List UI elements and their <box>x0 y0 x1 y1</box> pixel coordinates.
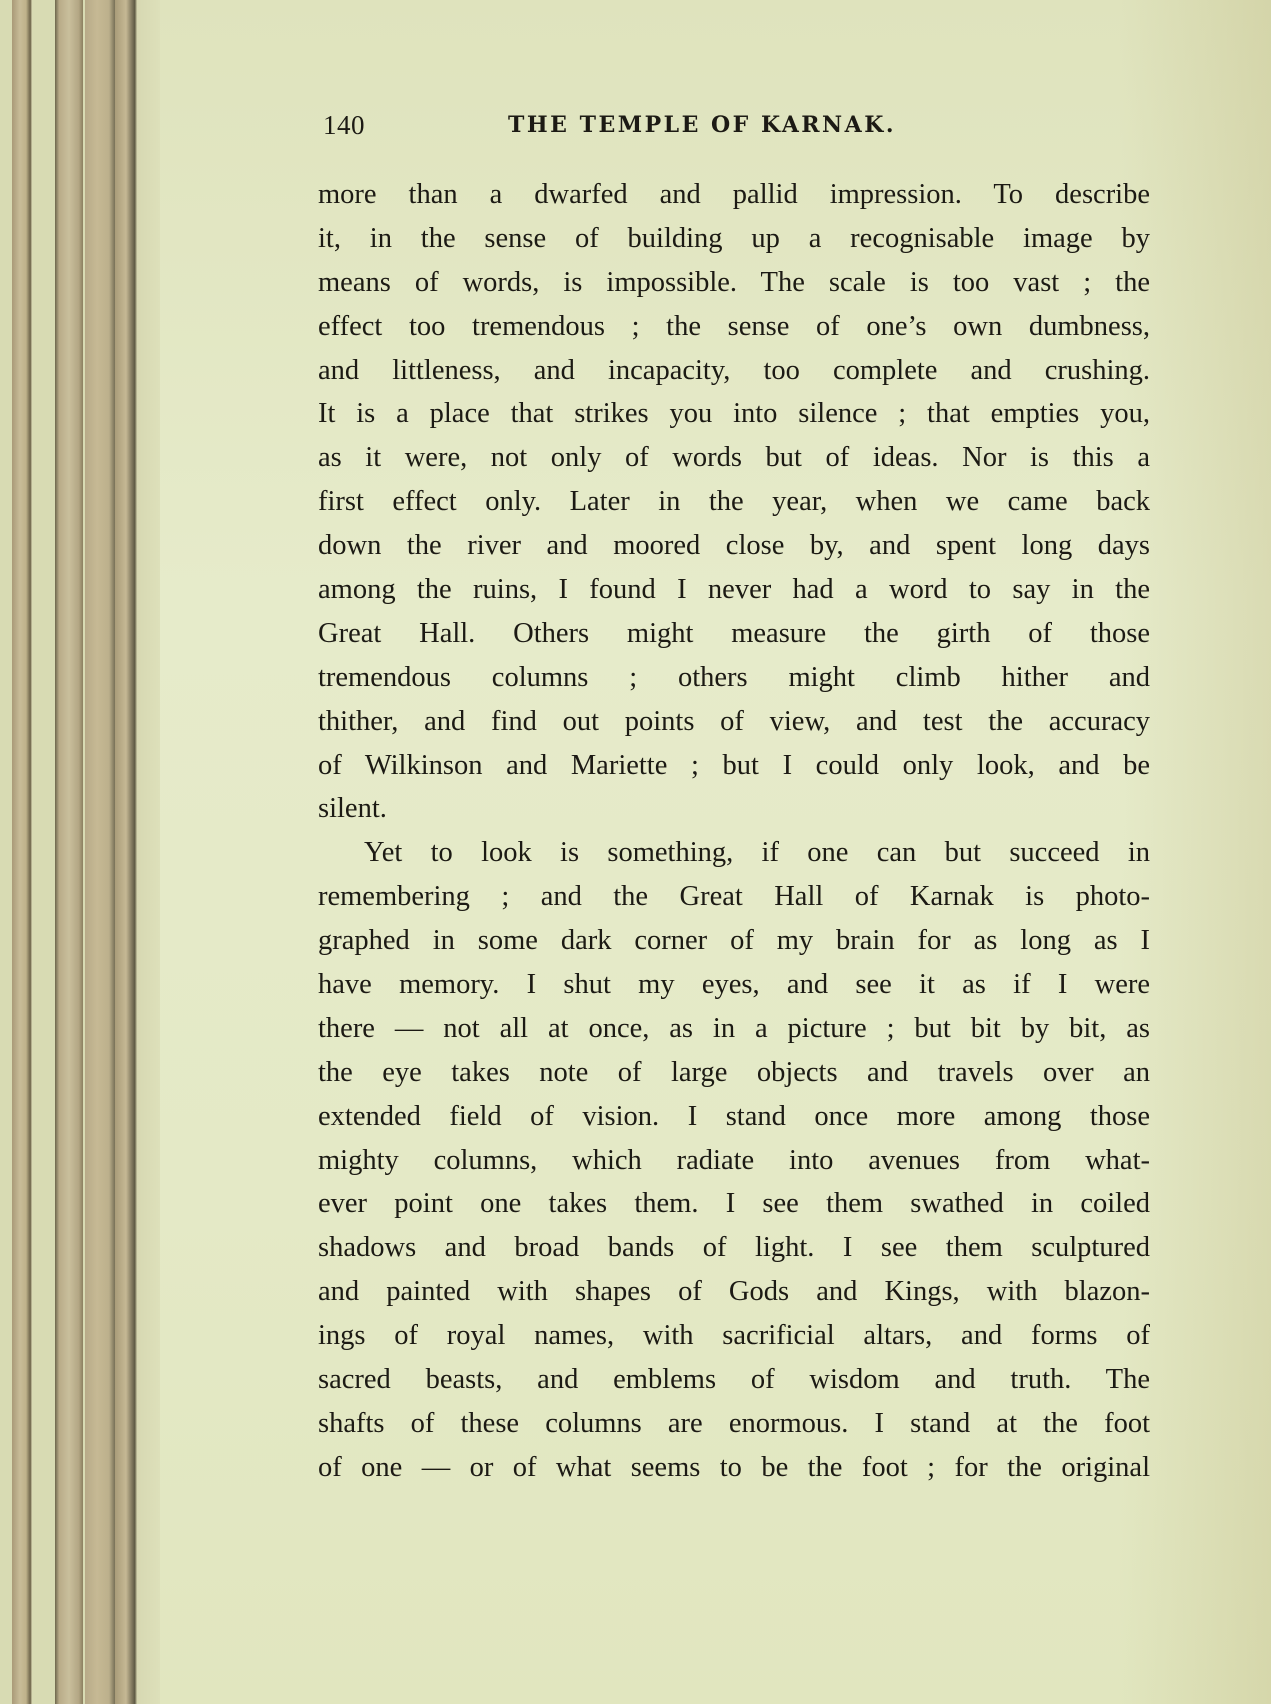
page-edge-strip <box>85 0 115 1704</box>
text-line: Yet to look is something, if one can but… <box>318 831 1150 875</box>
text-line: graphed in some dark corner of my brain … <box>318 919 1150 963</box>
text-line: more than a dwarfed and pallid impressio… <box>318 173 1150 217</box>
text-line: mighty columns, which radiate into avenu… <box>318 1139 1150 1183</box>
text-line: the eye takes note of large objects and … <box>318 1051 1150 1095</box>
text-line: It is a place that strikes you into sile… <box>318 392 1150 436</box>
text-line: shadows and broad bands of light. I see … <box>318 1226 1150 1270</box>
text-line: effect too tremendous ; the sense of one… <box>318 305 1150 349</box>
text-line: ings of royal names, with sacrificial al… <box>318 1314 1150 1358</box>
text-line: first effect only. Later in the year, wh… <box>318 480 1150 524</box>
text-line: it, in the sense of building up a recogn… <box>318 217 1150 261</box>
text-line: ever point one takes them. I see them sw… <box>318 1182 1150 1226</box>
text-line: thither, and find out points of view, an… <box>318 700 1150 744</box>
text-line: there — not all at once, as in a picture… <box>318 1007 1150 1051</box>
text-line: Great Hall. Others might measure the gir… <box>318 612 1150 656</box>
running-header: 140 THE TEMPLE OF KARNAK. <box>323 110 963 150</box>
text-line: of one — or of what seems to be the foot… <box>318 1446 1150 1490</box>
page-edge-strip <box>137 0 160 1704</box>
running-title: THE TEMPLE OF KARNAK. <box>508 112 896 138</box>
book-page: 140 THE TEMPLE OF KARNAK. more than a dw… <box>0 0 1271 1704</box>
text-line: silent. <box>318 787 1150 831</box>
text-line: extended field of vision. I stand once m… <box>318 1095 1150 1139</box>
text-line: means of words, is impossible. The scale… <box>318 261 1150 305</box>
page-number: 140 <box>323 110 365 141</box>
page-stack-edge <box>0 0 160 1704</box>
text-line: have memory. I shut my eyes, and see it … <box>318 963 1150 1007</box>
page-edge-strip <box>12 0 32 1704</box>
text-line: among the ruins, I found I never had a w… <box>318 568 1150 612</box>
text-line: remembering ; and the Great Hall of Karn… <box>318 875 1150 919</box>
text-line: sacred beasts, and emblems of wisdom and… <box>318 1358 1150 1402</box>
text-line: down the river and moored close by, and … <box>318 524 1150 568</box>
page-edge-strip <box>55 0 83 1704</box>
text-line: tremendous columns ; others might climb … <box>318 656 1150 700</box>
text-line: shafts of these columns are enormous. I … <box>318 1402 1150 1446</box>
page-edge-strip <box>115 0 137 1704</box>
text-line: as it were, not only of words but of ide… <box>318 436 1150 480</box>
body-text: more than a dwarfed and pallid impressio… <box>318 173 1150 1490</box>
text-line: and painted with shapes of Gods and King… <box>318 1270 1150 1314</box>
text-line: and littleness, and incapacity, too comp… <box>318 349 1150 393</box>
text-line: of Wilkinson and Mariette ; but I could … <box>318 744 1150 788</box>
